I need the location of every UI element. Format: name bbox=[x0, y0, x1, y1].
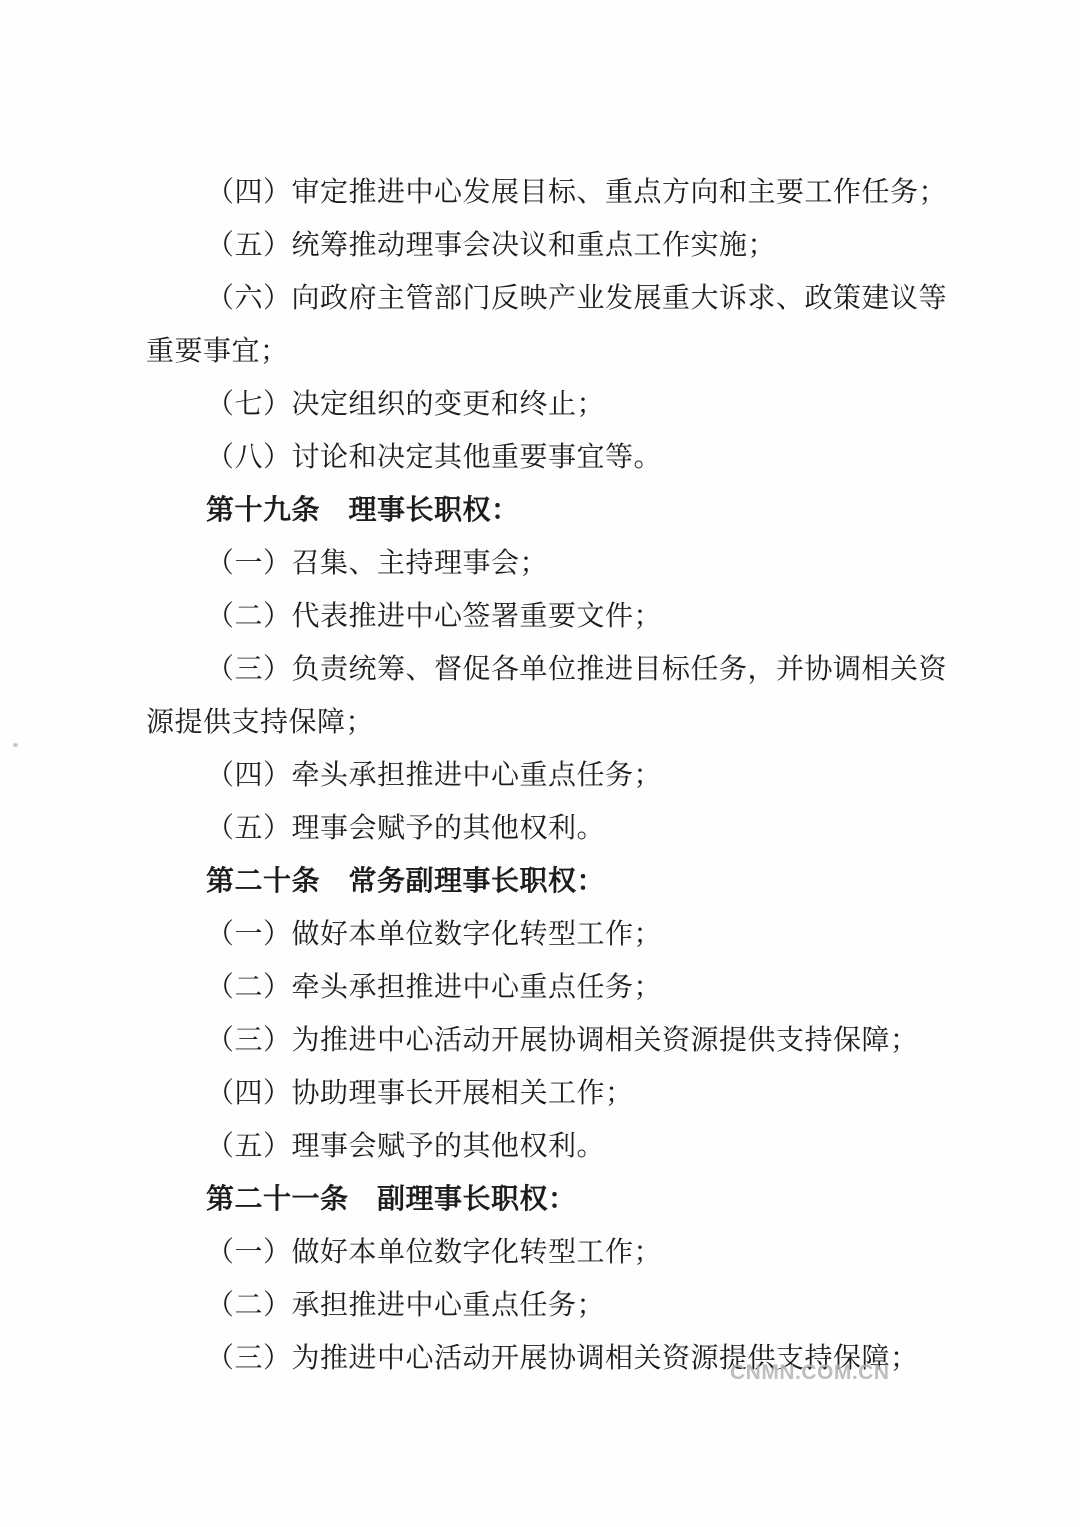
document-line: （一）召集、主持理事会； bbox=[146, 537, 1046, 590]
article-heading: 第二十一条 副理事长职权： bbox=[146, 1173, 1046, 1226]
document-line: （七）决定组织的变更和终止； bbox=[146, 378, 1046, 431]
document-line: （五）统筹推动理事会决议和重点工作实施； bbox=[146, 219, 1046, 272]
article-heading: 第十九条 理事长职权： bbox=[146, 484, 1046, 537]
document-page: （四）审定推进中心发展目标、重点方向和主要工作任务；（五）统筹推动理事会决议和重… bbox=[0, 0, 1080, 1527]
document-line: （三）为推进中心活动开展协调相关资源提供支持保障； bbox=[146, 1014, 1046, 1067]
watermark-text: CNMN.COM.CN bbox=[730, 1361, 889, 1385]
document-line: （一）做好本单位数字化转型工作； bbox=[146, 908, 1046, 961]
document-body: （四）审定推进中心发展目标、重点方向和主要工作任务；（五）统筹推动理事会决议和重… bbox=[146, 166, 1046, 1385]
document-line: （六）向政府主管部门反映产业发展重大诉求、政策建议等 bbox=[146, 272, 1046, 325]
document-line: 重要事宜； bbox=[146, 325, 1046, 378]
document-line: （二）牵头承担推进中心重点任务； bbox=[146, 961, 1046, 1014]
document-line: （四）牵头承担推进中心重点任务； bbox=[146, 749, 1046, 802]
document-line: （一）做好本单位数字化转型工作； bbox=[146, 1226, 1046, 1279]
document-line: （五）理事会赋予的其他权利。 bbox=[146, 1120, 1046, 1173]
document-line: （五）理事会赋予的其他权利。 bbox=[146, 802, 1046, 855]
document-line: （三）为推进中心活动开展协调相关资源提供支持保障； bbox=[146, 1332, 1046, 1385]
document-line: （二）承担推进中心重点任务； bbox=[146, 1279, 1046, 1332]
document-line: （二）代表推进中心签署重要文件； bbox=[146, 590, 1046, 643]
document-line: （八）讨论和决定其他重要事宜等。 bbox=[146, 431, 1046, 484]
document-line: （四）审定推进中心发展目标、重点方向和主要工作任务； bbox=[146, 166, 1046, 219]
article-heading: 第二十条 常务副理事长职权： bbox=[146, 855, 1046, 908]
document-line: （三）负责统筹、督促各单位推进目标任务，并协调相关资 bbox=[146, 643, 1046, 696]
document-line: （四）协助理事长开展相关工作； bbox=[146, 1067, 1046, 1120]
document-line: 源提供支持保障； bbox=[146, 696, 1046, 749]
scan-artifact-dot bbox=[13, 743, 18, 747]
